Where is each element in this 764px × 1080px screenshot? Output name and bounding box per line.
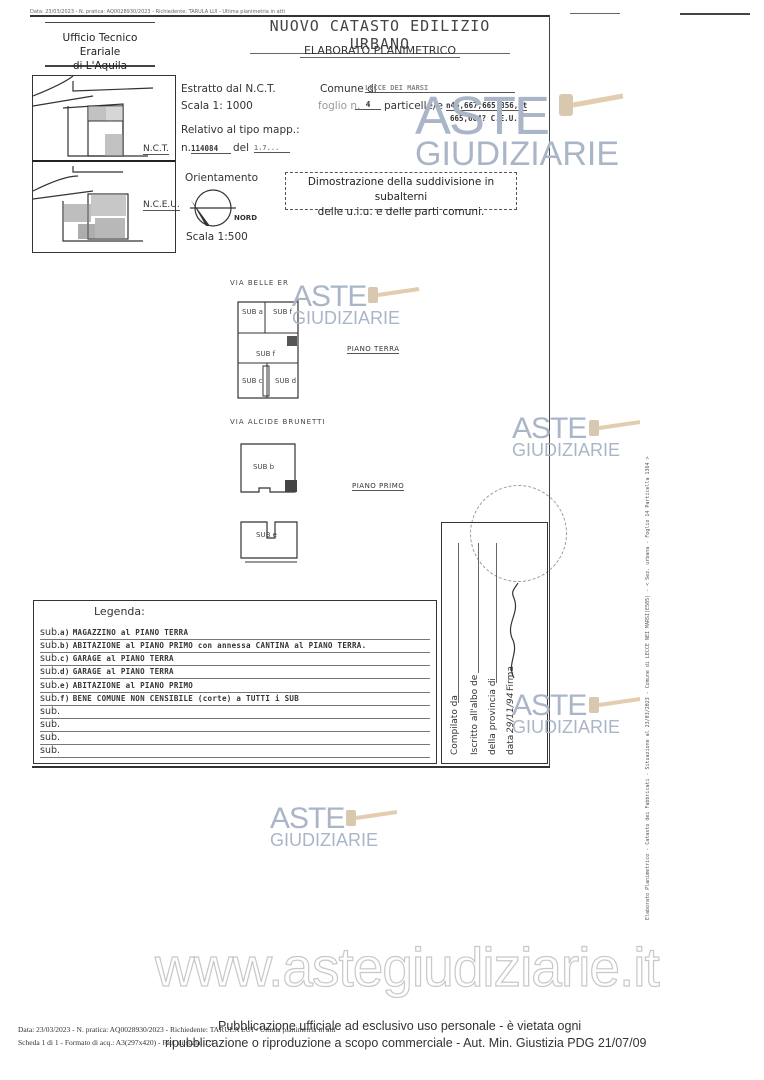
signature-line (458, 543, 459, 703)
relativo-label: Relativo al tipo mapp.: (181, 124, 300, 136)
info-box-border (175, 75, 176, 252)
signature-line (478, 543, 479, 673)
side-caption: Elaborato Planimetrico - Catasto dei Fab… (645, 360, 651, 920)
scala-label: Scala 1: 1000 (181, 100, 253, 112)
top-border-fragment (570, 13, 620, 14)
gavel-icon (343, 808, 398, 828)
plan-scale-label: Scala 1:500 (186, 231, 248, 243)
legend-row: sub. (40, 706, 430, 719)
office-city: di L'Aquila (45, 59, 155, 73)
legend-row: sub.c) GARAGE al PIANO TERRA (40, 653, 430, 666)
first-floor-plan (235, 438, 305, 563)
legend-box: Legenda: sub.a) MAGAZZINO al PIANO TERRA… (33, 600, 437, 764)
street-bottom-label: VIA ALCIDE BRUNETTI (230, 418, 326, 426)
del-label: del (233, 142, 249, 154)
orientation-label: Orientamento (185, 172, 258, 184)
unit-label: SUB a (242, 308, 263, 316)
frame-bottom-border (32, 766, 550, 768)
gavel-icon (586, 418, 641, 438)
gavel-icon (365, 285, 420, 305)
legend-row: sub. (40, 745, 430, 758)
legend-row: sub.a) MAGAZZINO al PIANO TERRA (40, 627, 430, 640)
first-floor-label: PIANO PRIMO (352, 482, 404, 491)
unit-label: SUB c (242, 377, 262, 385)
unit-label: SUB f (256, 350, 275, 358)
legend-row: sub.d) GARAGE al PIANO TERRA (40, 666, 430, 679)
legend-row: sub. (40, 719, 430, 732)
publication-notice-1: Pubblicazione ufficiale ad esclusivo uso… (218, 1019, 581, 1033)
iscritto-label: Iscritto all'albo de (470, 675, 480, 755)
compilato-label: Compilato da (450, 695, 460, 755)
ground-floor-label: PIANO TERRA (347, 345, 399, 354)
document-subtitle: ELABORATO PLANIMETRICO (300, 44, 460, 58)
unit-label: SUB d (275, 377, 296, 385)
del-value: 1.7... (254, 144, 290, 153)
n-label: n. (181, 142, 191, 154)
unit-label: SUB b (253, 463, 274, 471)
office-block: Ufficio Tecnico Erariale di L'Aquila (45, 22, 155, 67)
location-maps-box (32, 75, 176, 253)
handwritten-signature (504, 583, 524, 683)
subdivision-caption-box: Dimostrazione della suddivisione in suba… (285, 172, 517, 210)
maps-divider (32, 160, 176, 162)
gavel-icon (586, 695, 641, 715)
watermark-url: www.astegiudiziarie.it (155, 935, 659, 999)
top-border-fragment (680, 13, 750, 15)
unit-label: SUB e (256, 531, 277, 539)
data-label: data (506, 735, 516, 755)
scan-header: Data: 23/03/2023 - N. pratica: AQ0028930… (30, 9, 285, 15)
legend-row: sub.b) ABITAZIONE al PIANO PRIMO con ann… (40, 640, 430, 653)
provincia-label: della provincia di (488, 678, 498, 755)
legend-row: sub. (40, 732, 430, 745)
legend-title: Legenda: (94, 605, 145, 618)
publication-notice-2: ripubblicazione o riproduzione a scopo c… (165, 1036, 647, 1050)
legend-row: sub.e) ABITAZIONE al PIANO PRIMO (40, 680, 430, 693)
north-label: NORD (234, 214, 257, 222)
caption-line-2: delle u.i.u. e delle parti comuni. (286, 205, 516, 220)
caption-line-1: Dimostrazione della suddivisione in suba… (286, 175, 516, 205)
nct-label: N.C.T. (143, 144, 169, 155)
map-drawings (33, 76, 175, 252)
gavel-icon (555, 90, 625, 120)
street-top-label: VIA BELLE ER (230, 279, 289, 287)
legend-row: sub.f) BENE COMUNE NON CENSIBILE (corte)… (40, 693, 430, 706)
foglio-value: 4 (355, 100, 381, 110)
estratto-label: Estratto dal N.C.T. (181, 83, 276, 95)
office-name: Ufficio Tecnico Erariale (45, 31, 155, 59)
unit-label: SUB f (273, 308, 292, 316)
north-arrow-icon (188, 188, 248, 228)
signature-line (496, 543, 497, 683)
tipo-number: 114084 (191, 144, 231, 154)
